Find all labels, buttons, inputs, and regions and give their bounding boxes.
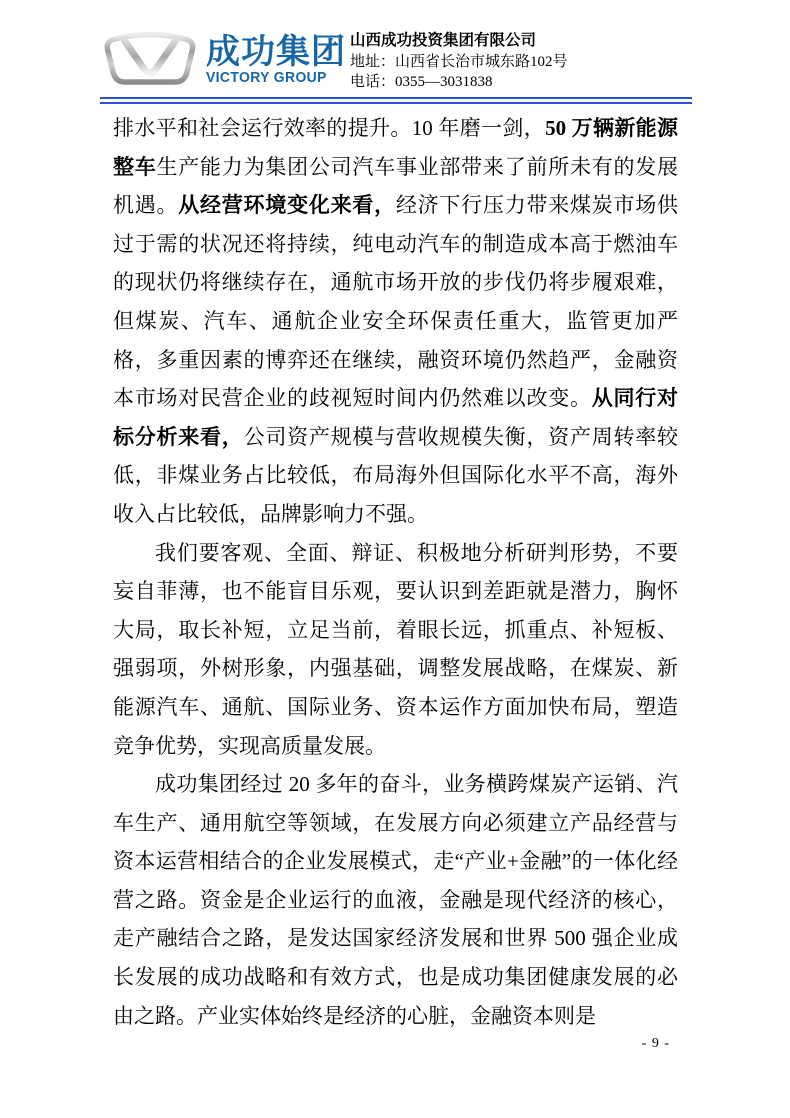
paragraph-run: 经济下行压力带来煤炭市场供过于需的状况还将持续，纯电动汽车的制造成本高于燃油车的… — [113, 193, 678, 410]
page-number: - 9 - — [642, 1036, 670, 1052]
brand-name-cn: 成功集团 — [206, 34, 356, 70]
header-divider-rule — [100, 97, 692, 104]
paragraph-run: 排水平和社会运行效率的提升。10 年磨一剑， — [113, 116, 545, 140]
document-page: 成功集团 VICTORY GROUP 山西成功投资集团有限公司 地址：山西省长治… — [0, 0, 790, 1118]
paragraph: 排水平和社会运行效率的提升。10 年磨一剑，50 万辆新能源整车生产能力为集团公… — [113, 109, 678, 534]
letterhead: 成功集团 VICTORY GROUP 山西成功投资集团有限公司 地址：山西省长治… — [100, 28, 692, 92]
company-address: 地址：山西省长治市城东路102号 — [350, 52, 695, 73]
paragraph: 我们要客观、全面、辩证、积极地分析研判形势，不要妄自菲薄，也不能盲目乐观，要认识… — [113, 534, 678, 766]
company-name: 山西成功投资集团有限公司 — [350, 31, 695, 52]
victory-v-badge-icon — [100, 30, 200, 90]
document-body: 排水平和社会运行效率的提升。10 年磨一剑，50 万辆新能源整车生产能力为集团公… — [113, 109, 678, 1035]
brand-block: 成功集团 VICTORY GROUP — [206, 34, 356, 86]
company-info: 山西成功投资集团有限公司 地址：山西省长治市城东路102号 电话：0355—30… — [350, 31, 695, 93]
company-phone: 电话：0355—3031838 — [350, 72, 695, 93]
brand-name-en: VICTORY GROUP — [206, 70, 350, 86]
paragraph: 成功集团经过 20 多年的奋斗，业务横跨煤炭产运销、汽车生产、通用航空等领域，在… — [113, 765, 678, 1035]
paragraph-run-bold: 从经营环境变化来看， — [178, 193, 396, 217]
paragraph-run: 我们要客观、全面、辩证、积极地分析研判形势，不要妄自菲薄，也不能盲目乐观，要认识… — [113, 541, 678, 758]
paragraph-run: 成功集团经过 20 多年的奋斗，业务横跨煤炭产运销、汽车生产、通用航空等领域，在… — [113, 772, 678, 1028]
